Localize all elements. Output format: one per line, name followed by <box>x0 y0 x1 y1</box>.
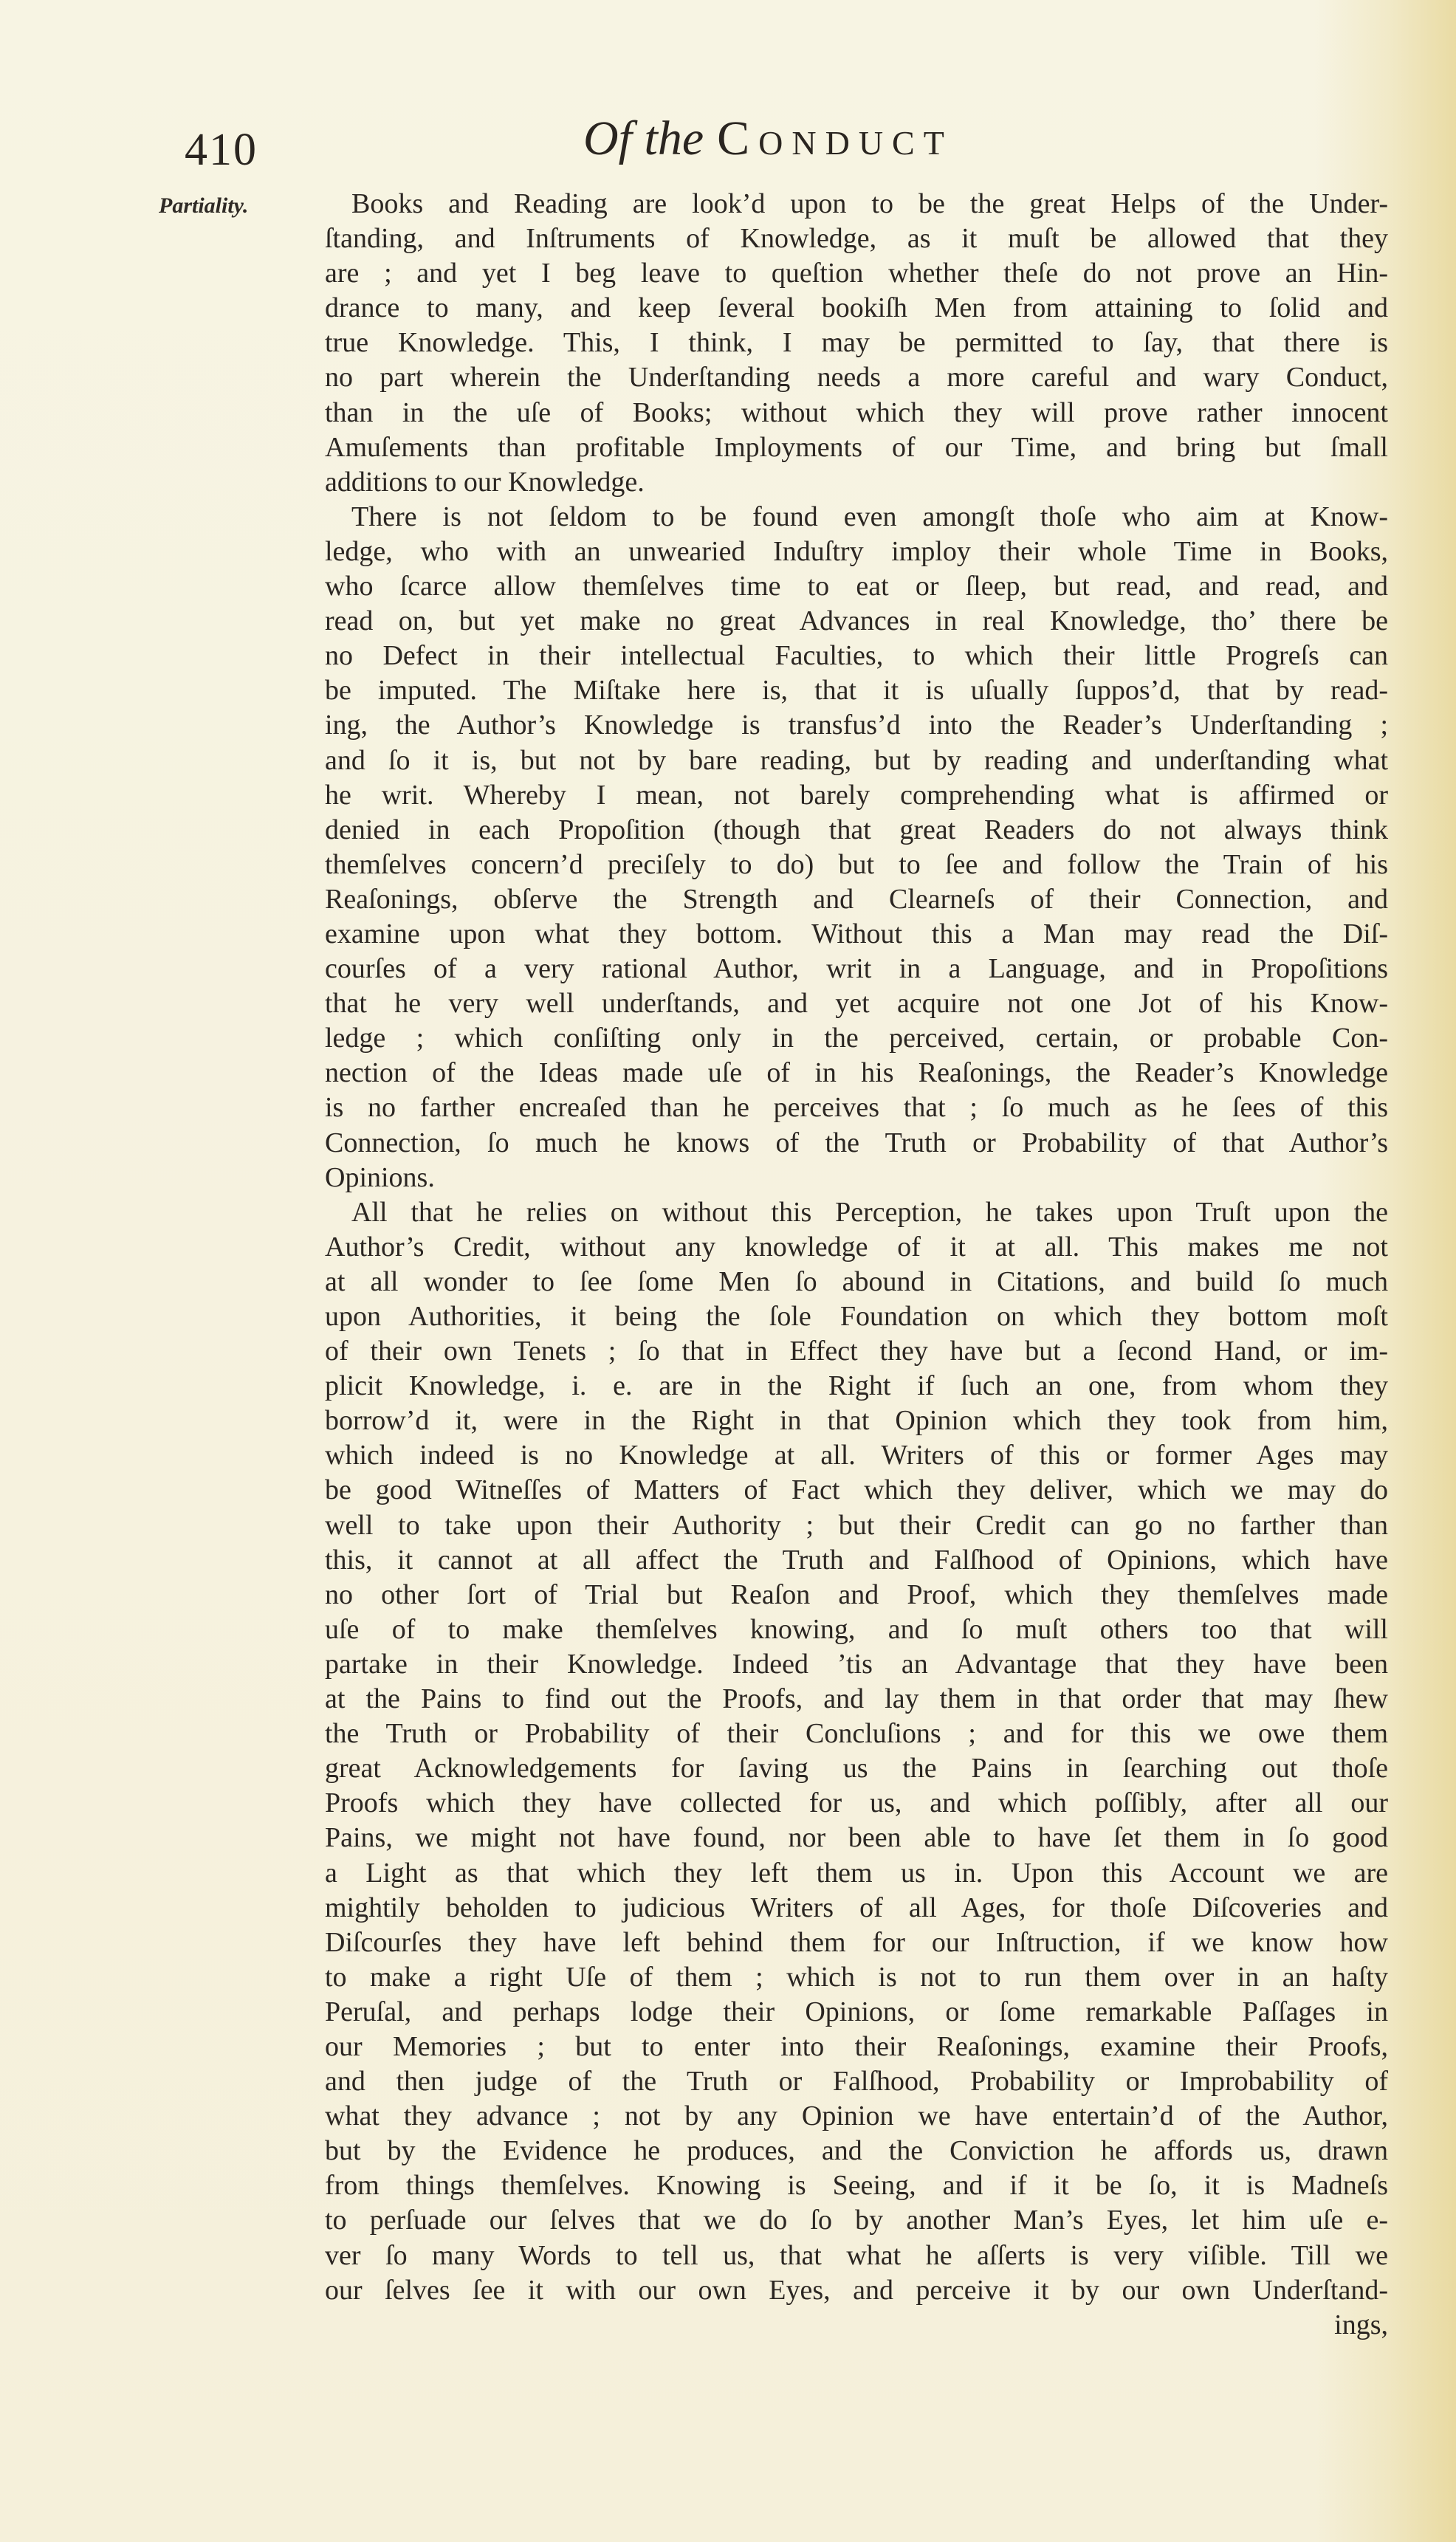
text-line: Connection, ſo much he knows of the Trut… <box>325 1126 1388 1161</box>
text-line: Books and Reading are look’d upon to be … <box>325 187 1388 221</box>
text-line: the Truth or Probability of their Conclu… <box>325 1717 1388 1751</box>
text-line: he writ. Whereby I mean, not barely comp… <box>325 778 1388 813</box>
text-line: true Knowledge. This, I think, I may be … <box>325 326 1388 360</box>
text-line: of their own Tenets ; ſo that in Effect … <box>325 1334 1388 1369</box>
text-line: read on, but yet make no great Advances … <box>325 604 1388 639</box>
text-line: great Acknowledgements for ſaving us the… <box>325 1751 1388 1786</box>
text-line: our Memories ; but to enter into their R… <box>325 2030 1388 2064</box>
marginal-note: Partiality. <box>159 193 248 219</box>
text-line: to perſuade our ſelves that we do ſo by … <box>325 2203 1388 2238</box>
text-line: well to take upon their Authority ; but … <box>325 1508 1388 1543</box>
text-line: plicit Knowledge, i. e. are in the Right… <box>325 1369 1388 1404</box>
text-line: partake in their Knowledge. Indeed ’tis … <box>325 1647 1388 1682</box>
text-line: which indeed is no Knowledge at all. Wri… <box>325 1438 1388 1473</box>
text-line: and then judge of the Truth or Falſhood,… <box>325 2064 1388 2099</box>
text-line: ing, the Author’s Knowledge is transfus’… <box>325 708 1388 743</box>
text-line: Peruſal, and perhaps lodge their Opinion… <box>325 1995 1388 2030</box>
text-line: ver ſo many Words to tell us, that what … <box>325 2239 1388 2273</box>
text-line: courſes of a very rational Author, writ … <box>325 952 1388 986</box>
text-line: this, it cannot at all affect the Truth … <box>325 1543 1388 1578</box>
text-line: ſtanding, and Inſtruments of Knowledge, … <box>325 221 1388 256</box>
text-line: ledge ; which conſiſting only in the per… <box>325 1021 1388 1056</box>
text-line: All that he relies on without this Perce… <box>325 1195 1388 1230</box>
body-text: Books and Reading are look’d upon to be … <box>325 187 1388 2343</box>
running-head: 410 Of theConduct <box>0 111 1456 177</box>
text-line: There is not ſeldom to be found even amo… <box>325 500 1388 535</box>
running-title-caps: Conduct <box>717 111 953 165</box>
text-line: that he very well underſtands, and yet a… <box>325 986 1388 1021</box>
text-line: nection of the Ideas made uſe of in his … <box>325 1056 1388 1090</box>
text-line: what they advance ; not by any Opinion w… <box>325 2099 1388 2134</box>
text-line: be good Witneſſes of Matters of Fact whi… <box>325 1473 1388 1508</box>
text-line: is no farther encreaſed than he perceive… <box>325 1090 1388 1125</box>
text-line: themſelves concern’d preciſely to do) bu… <box>325 848 1388 882</box>
text-line: be imputed. The Miſtake here is, that it… <box>325 673 1388 708</box>
text-line: our ſelves ſee it with our own Eyes, and… <box>325 2273 1388 2308</box>
text-line: drance to many, and keep ſeveral bookiſh… <box>325 291 1388 326</box>
running-title-italic: Of the <box>583 111 704 165</box>
text-line: upon Authorities, it being the ſole Foun… <box>325 1299 1388 1334</box>
running-title: Of theConduct <box>583 111 953 167</box>
text-line: a Light as that which they left them us … <box>325 1856 1388 1891</box>
text-line: who ſcarce allow themſelves time to eat … <box>325 569 1388 604</box>
text-line: Amuſements than profitable Imployments o… <box>325 430 1388 465</box>
book-page: 410 Of theConduct Partiality. Books and … <box>0 0 1456 2542</box>
text-line: than in the uſe of Books; without which … <box>325 396 1388 430</box>
text-line: from things themſelves. Knowing is Seein… <box>325 2168 1388 2203</box>
text-line: no part wherein the Underſtanding needs … <box>325 360 1388 395</box>
text-line: at all wonder to ſee ſome Men ſo abound … <box>325 1265 1388 1299</box>
text-line: no other ſort of Trial but Reaſon and Pr… <box>325 1578 1388 1612</box>
text-line: and ſo it is, but not by bare reading, b… <box>325 743 1388 778</box>
text-line: mightily beholden to judicious Writers o… <box>325 1891 1388 1926</box>
text-line: denied in each Propoſition (though that … <box>325 813 1388 848</box>
text-line: uſe of to make themſelves knowing, and ſ… <box>325 1612 1388 1647</box>
text-line: Opinions. <box>325 1161 1388 1195</box>
text-line: are ; and yet I beg leave to queſtion wh… <box>325 256 1388 291</box>
text-line: additions to our Knowledge. <box>325 465 1388 500</box>
text-line: examine upon what they bottom. Without t… <box>325 917 1388 952</box>
text-line: ings, <box>325 2308 1388 2343</box>
text-line: borrow’d it, were in the Right in that O… <box>325 1404 1388 1438</box>
text-line: Diſcourſes they have left behind them fo… <box>325 1926 1388 1960</box>
text-line: to make a right Uſe of them ; which is n… <box>325 1960 1388 1995</box>
text-line: Proofs which they have collected for us,… <box>325 1786 1388 1821</box>
text-line: Author’s Credit, without any knowledge o… <box>325 1230 1388 1265</box>
text-line: Pains, we might not have found, nor been… <box>325 1821 1388 1855</box>
text-line: ledge, who with an unwearied Induſtry im… <box>325 535 1388 569</box>
text-line: at the Pains to find out the Proofs, and… <box>325 1682 1388 1717</box>
text-line: Reaſonings, obſerve the Strength and Cle… <box>325 882 1388 917</box>
page-number: 410 <box>185 124 258 176</box>
text-line: no Defect in their intellectual Facultie… <box>325 639 1388 673</box>
text-line: but by the Evidence he produces, and the… <box>325 2134 1388 2168</box>
